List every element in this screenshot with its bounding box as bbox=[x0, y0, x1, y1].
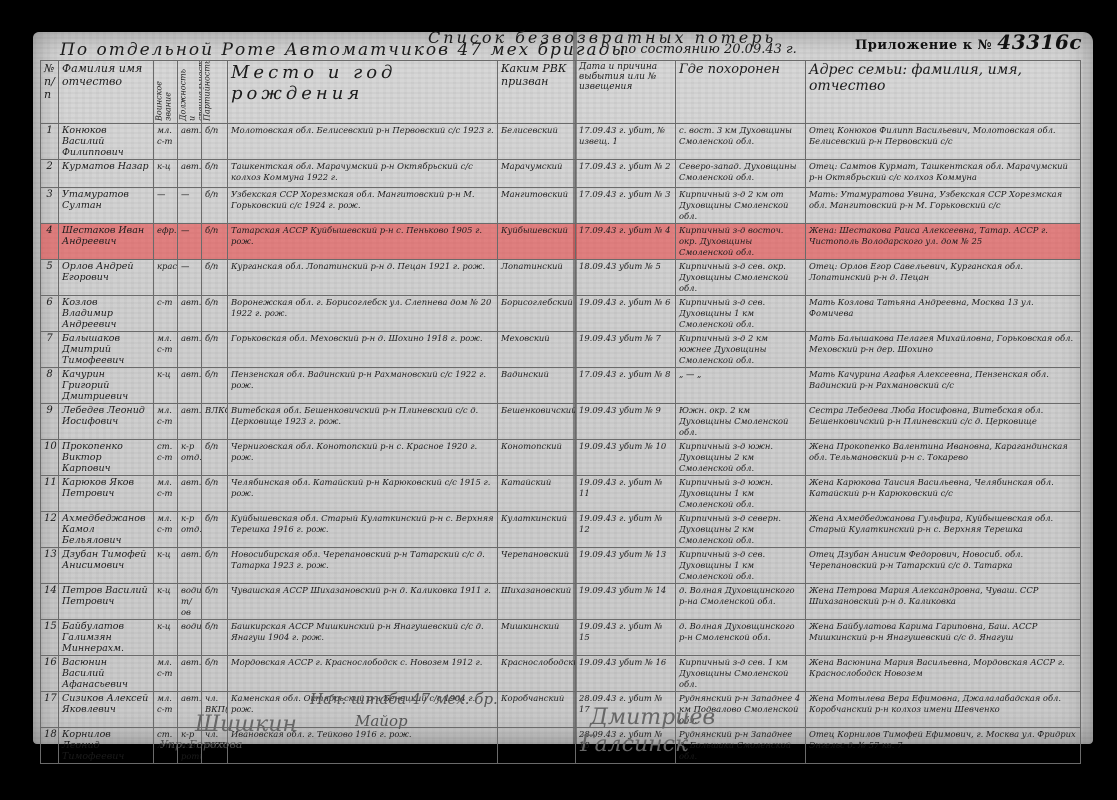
table-row: 2Курматов Назарк-цавт.б/пТашкентская обл… bbox=[41, 160, 1081, 188]
cell-rank: к-ц bbox=[154, 584, 178, 620]
cell-rvk: Марачумский bbox=[498, 160, 576, 188]
cell-birth: Куйбышевская обл. Старый Кулаткинский р-… bbox=[228, 512, 498, 548]
cell-buried: Кирпичный з-д 2 км южнее Духовщины Смоле… bbox=[676, 332, 806, 368]
cell-date: 19.09.43 г. убит № 12 bbox=[576, 512, 676, 548]
place-signature: Галсинск bbox=[580, 732, 688, 757]
chief-of-staff-label: Нач. штаба 47 мех. бр. bbox=[310, 690, 498, 708]
cell-buried: Кирпичный з-д северн. Духовщины 2 км Смо… bbox=[676, 512, 806, 548]
cell-position: к-р отд. bbox=[178, 512, 202, 548]
unit-title: По отдельной Роте Автоматчиков 47 мех бр… bbox=[60, 40, 627, 60]
cell-buried: Кирпичный з-д сев. 1 км Духовщины Смолен… bbox=[676, 656, 806, 692]
cell-buried: Кирпичный з-д южн. Духовщины 2 км Смолен… bbox=[676, 440, 806, 476]
cell-position: авт. bbox=[178, 332, 202, 368]
cell-no: 17 bbox=[41, 692, 59, 728]
cell-no: 8 bbox=[41, 368, 59, 404]
cell-no: 3 bbox=[41, 188, 59, 224]
cell-birth: Курганская обл. Лопатинский р-н д. Пецан… bbox=[228, 260, 498, 296]
cell-rvk: Вадинский bbox=[498, 368, 576, 404]
cell-rank: мл. с-т bbox=[154, 692, 178, 728]
cell-buried: Южн. окр. 2 км Духовщины Смоленской обл. bbox=[676, 404, 806, 440]
cell-rank: с-т bbox=[154, 296, 178, 332]
cell-rank: мл. с-т bbox=[154, 404, 178, 440]
cell-birth: Ташкентская обл. Марачумский р-н Октябрь… bbox=[228, 160, 498, 188]
table-row: 5Орлов Андрей Егоровичкрас.—б/пКурганска… bbox=[41, 260, 1081, 296]
cell-birth: Узбекская ССР Хорезмская обл. Мангитовск… bbox=[228, 188, 498, 224]
cell-name: Качурин Григорий Дмитриевич bbox=[59, 368, 154, 404]
cell-name: Петров Василий Петрович bbox=[59, 584, 154, 620]
cell-family: Жена Васюнина Мария Васильевна, Мордовск… bbox=[806, 656, 1081, 692]
table-row: 11Карюков Яков Петровичмл. с-тавт.б/пЧел… bbox=[41, 476, 1081, 512]
cell-name: Козлов Владимир Андреевич bbox=[59, 296, 154, 332]
cell-party: б/п bbox=[202, 548, 228, 584]
cell-rank: мл. с-т bbox=[154, 512, 178, 548]
cell-rvk: Лопатинский bbox=[498, 260, 576, 296]
cell-no: 10 bbox=[41, 440, 59, 476]
cell-family: Жена Петрова Мария Александровна, Чуваш.… bbox=[806, 584, 1081, 620]
cell-rvk: Борисоглебский bbox=[498, 296, 576, 332]
cell-party: б/п bbox=[202, 620, 228, 656]
cell-birth: Челябинская обл. Катайский р-н Карюковск… bbox=[228, 476, 498, 512]
cell-birth: Пензенская обл. Вадинский р-н Рахмановск… bbox=[228, 368, 498, 404]
cell-rank: к-ц bbox=[154, 368, 178, 404]
cell-buried: Северо-запад. Духовщины Смоленской обл. bbox=[676, 160, 806, 188]
cell-date: 17.09.43 г. убит № 4 bbox=[576, 224, 676, 260]
table-row: 7Балышаков Дмитрий Тимофеевичмл. с-тавт.… bbox=[41, 332, 1081, 368]
cell-position: авт. bbox=[178, 296, 202, 332]
table-row: 14Петров Василий Петровичк-цводит. т/овб… bbox=[41, 584, 1081, 620]
cell-no: 4 bbox=[41, 224, 59, 260]
note-left: Упр. Горохова bbox=[160, 738, 242, 751]
cell-rvk: Шихазановский bbox=[498, 584, 576, 620]
cell-rvk: Куйбышевский bbox=[498, 224, 576, 260]
cell-birth: Чувашская АССР Шихазановский р-н д. Кали… bbox=[228, 584, 498, 620]
cell-family: Мать Качурина Агафья Алексеевна, Пензенс… bbox=[806, 368, 1081, 404]
table-row: 15Байбулатов Галимзян Миннерахм.к-цводит… bbox=[41, 620, 1081, 656]
cell-birth: Новосибирская обл. Черепановский р-н Тат… bbox=[228, 548, 498, 584]
col-position: Должность и специальность bbox=[178, 61, 202, 124]
cell-rvk: Черепановский bbox=[498, 548, 576, 584]
cell-name: Шестаков Иван Андреевич bbox=[59, 224, 154, 260]
cell-rvk: Белисевский bbox=[498, 124, 576, 160]
cell-family: Жена: Шестакова Раиса Алексеевна, Татар.… bbox=[806, 224, 1081, 260]
cell-name: Карюков Яков Петрович bbox=[59, 476, 154, 512]
cell-rank: мл. с-т bbox=[154, 332, 178, 368]
cell-party: б/п bbox=[202, 160, 228, 188]
cell-no: 16 bbox=[41, 656, 59, 692]
cell-party: б/п bbox=[202, 656, 228, 692]
table-row: 13Дзубан Тимофей Анисимовичк-цавт.б/пНов… bbox=[41, 548, 1081, 584]
col-birth: Место и год рождения bbox=[228, 61, 498, 124]
cell-rank: к-ц bbox=[154, 160, 178, 188]
cell-buried: Кирпичный з-д сев. окр. Духовщины Смолен… bbox=[676, 260, 806, 296]
table-row: 3Утамуратов Султан——б/пУзбекская ССР Хор… bbox=[41, 188, 1081, 224]
cell-party: б/п bbox=[202, 296, 228, 332]
cell-date: 19.09.43 убит № 13 bbox=[576, 548, 676, 584]
cell-party: б/п bbox=[202, 124, 228, 160]
table-row: 6Козлов Владимир Андреевичс-тавт.б/пВоро… bbox=[41, 296, 1081, 332]
cell-no: 13 bbox=[41, 548, 59, 584]
cell-buried: Кирпичный з-д южн. Духовщины 1 км Смолен… bbox=[676, 476, 806, 512]
table-row: 16Васюнин Василий Афанасьевичмл. с-тавт.… bbox=[41, 656, 1081, 692]
status-date: по состоянию 20.09.43 г. bbox=[620, 42, 797, 57]
cell-birth: Витебская обл. Бешенковичский р-н Плинев… bbox=[228, 404, 498, 440]
cell-buried: „ — „ bbox=[676, 368, 806, 404]
cell-position: авт. bbox=[178, 656, 202, 692]
cell-buried: Кирпичный з-д сев. Духовщины 1 км Смолен… bbox=[676, 296, 806, 332]
cell-rvk: Мангитовский bbox=[498, 188, 576, 224]
attachment-label: Приложение к № 43316с bbox=[855, 30, 1082, 54]
cell-name: Орлов Андрей Егорович bbox=[59, 260, 154, 296]
cell-family: Отец: Самтов Курмат, Ташкентская обл. Ма… bbox=[806, 160, 1081, 188]
cell-party: б/п bbox=[202, 512, 228, 548]
cell-family: Жена Карюкова Таисия Васильевна, Челябин… bbox=[806, 476, 1081, 512]
cell-rvk: Коробчанский bbox=[498, 692, 576, 728]
cell-birth: Горьковская обл. Меховский р-н д. Шохино… bbox=[228, 332, 498, 368]
cell-date: 19.09.43 г. убит № 11 bbox=[576, 476, 676, 512]
cell-rank: к-ц bbox=[154, 548, 178, 584]
cell-name: Байбулатов Галимзян Миннерахм. bbox=[59, 620, 154, 656]
col-rvk: Каким РВК призван bbox=[498, 61, 576, 124]
cell-position: водит. bbox=[178, 620, 202, 656]
cell-name: Курматов Назар bbox=[59, 160, 154, 188]
cell-party: б/п bbox=[202, 440, 228, 476]
cell-position: к-р отд. bbox=[178, 440, 202, 476]
cell-party: б/п bbox=[202, 584, 228, 620]
cell-buried: д. Волная Духовщинского р-на Смоленской … bbox=[676, 584, 806, 620]
cell-name: Ахмедбеджанов Камол Бельялович bbox=[59, 512, 154, 548]
cell-date: 19.09.43 убит № 16 bbox=[576, 656, 676, 692]
cell-buried: д. Волная Духовщинского р-н Смоленской о… bbox=[676, 620, 806, 656]
cell-date: 19.09.43 убит № 9 bbox=[576, 404, 676, 440]
table-header: № п/п Фамилия имя отчество Воинское зван… bbox=[41, 61, 1081, 124]
cell-name: Конюков Василий Филиппович bbox=[59, 124, 154, 160]
cell-party: б/п bbox=[202, 368, 228, 404]
cell-date: 19.09.43 убит № 7 bbox=[576, 332, 676, 368]
col-name: Фамилия имя отчество bbox=[59, 61, 154, 124]
table-row: 1Конюков Василий Филипповичмл. с-тавт.б/… bbox=[41, 124, 1081, 160]
attachment-label-text: Приложение к № bbox=[855, 38, 992, 53]
cell-family: Отец Конюков Филипп Васильевич, Молотовс… bbox=[806, 124, 1081, 160]
cell-family: Сестра Лебедева Люба Иосифовна, Витебска… bbox=[806, 404, 1081, 440]
cell-rank: мл. с-т bbox=[154, 124, 178, 160]
cell-position: авт. bbox=[178, 160, 202, 188]
col-rank: Воинское звание bbox=[154, 61, 178, 124]
cell-name: Утамуратов Султан bbox=[59, 188, 154, 224]
cell-name: Корнилов Леонид Тимофеевич bbox=[59, 728, 154, 764]
cell-no: 14 bbox=[41, 584, 59, 620]
cell-family: Жена Байбулатова Карима Гариповна, Баш. … bbox=[806, 620, 1081, 656]
cell-date: 19.09.43 г. убит № 15 bbox=[576, 620, 676, 656]
cell-position: водит. т/ов bbox=[178, 584, 202, 620]
cell-position: авт. bbox=[178, 404, 202, 440]
cell-party: б/п bbox=[202, 476, 228, 512]
cell-party: б/п bbox=[202, 260, 228, 296]
cell-name: Балышаков Дмитрий Тимофеевич bbox=[59, 332, 154, 368]
cell-name: Дзубан Тимофей Анисимович bbox=[59, 548, 154, 584]
cell-date: 17.09.43 г. убит, № извещ. 1 bbox=[576, 124, 676, 160]
cell-family: Мать Козлова Татьяна Андреевна, Москва 1… bbox=[806, 296, 1081, 332]
cell-birth: Мордовская АССР г. Краснослободск с. Нов… bbox=[228, 656, 498, 692]
cell-no: 1 bbox=[41, 124, 59, 160]
cell-family: Отец Дзубан Анисим Федорович, Новосиб. о… bbox=[806, 548, 1081, 584]
cell-rank: ст. с-т bbox=[154, 440, 178, 476]
cell-family: Мать: Утамуратова Увина, Узбекская ССР Х… bbox=[806, 188, 1081, 224]
cell-date: 18.09.43 убит № 5 bbox=[576, 260, 676, 296]
cell-name: Лебедев Леонид Иосифович bbox=[59, 404, 154, 440]
cell-family: Жена Мотылева Вера Ефимовна, Джалалабадс… bbox=[806, 692, 1081, 728]
cell-no: 5 bbox=[41, 260, 59, 296]
cell-family: Жена Ахмедбеджанова Гульфира, Куйбышевск… bbox=[806, 512, 1081, 548]
cell-rvk: Бешенковичский bbox=[498, 404, 576, 440]
cell-party: б/п bbox=[202, 332, 228, 368]
table-row: 10Прокопенко Виктор Карповичст. с-тк-р о… bbox=[41, 440, 1081, 476]
table-row: 9Лебедев Леонид Иосифовичмл. с-тавт.ВЛКС… bbox=[41, 404, 1081, 440]
cell-rvk: Меховский bbox=[498, 332, 576, 368]
cell-name: Сизиков Алексей Яковлевич bbox=[59, 692, 154, 728]
col-buried: Где похоронен bbox=[676, 61, 806, 124]
cell-rank: крас. bbox=[154, 260, 178, 296]
cell-date: 17.09.43 г. убит № 2 bbox=[576, 160, 676, 188]
cell-buried: Кирпичный з-д сев. Духовщины 1 км Смолен… bbox=[676, 548, 806, 584]
cell-family: Отец: Орлов Егор Савельевич, Курганская … bbox=[806, 260, 1081, 296]
cell-no: 15 bbox=[41, 620, 59, 656]
cell-rank: ефр. bbox=[154, 224, 178, 260]
cell-party: б/п bbox=[202, 224, 228, 260]
cell-family: Мать Балышакова Пелагея Михайловна, Горь… bbox=[806, 332, 1081, 368]
cell-date: 19.09.43 г. убит № 6 bbox=[576, 296, 676, 332]
attachment-number: 43316с bbox=[997, 30, 1082, 54]
cell-position: авт. bbox=[178, 124, 202, 160]
cell-no: 6 bbox=[41, 296, 59, 332]
table-row: 12Ахмедбеджанов Камол Бельяловичмл. с-тк… bbox=[41, 512, 1081, 548]
cell-position: авт. bbox=[178, 548, 202, 584]
cell-buried: Руднянский р-н Западнее д. Большаки Смол… bbox=[676, 728, 806, 764]
cell-buried: Кирпичный з-д восточ. окр. Духовщины Смо… bbox=[676, 224, 806, 260]
cell-no: 11 bbox=[41, 476, 59, 512]
cell-party: б/п bbox=[202, 188, 228, 224]
cell-rvk: Катайский bbox=[498, 476, 576, 512]
cell-buried: с. вост. 3 км Духовщины Смоленской обл. bbox=[676, 124, 806, 160]
cell-rvk: Мишкинский bbox=[498, 620, 576, 656]
cell-position: авт. bbox=[178, 476, 202, 512]
signature-left: Шишкин bbox=[195, 712, 297, 737]
cell-rvk: Конотопский bbox=[498, 440, 576, 476]
col-party: Партийность bbox=[202, 61, 228, 124]
table-row: 8Качурин Григорий Дмитриевичк-цавт.б/пПе… bbox=[41, 368, 1081, 404]
cell-family: Отец Корнилов Тимофей Ефимович, г. Москв… bbox=[806, 728, 1081, 764]
cell-position: авт. bbox=[178, 368, 202, 404]
cell-no: 18 bbox=[41, 728, 59, 764]
cell-family: Жена Прокопенко Валентина Ивановна, Кара… bbox=[806, 440, 1081, 476]
cell-birth: Воронежская обл. г. Борисоглебск ул. Сле… bbox=[228, 296, 498, 332]
cell-rvk bbox=[498, 728, 576, 764]
cell-party: ВЛКСМ bbox=[202, 404, 228, 440]
cell-position: — bbox=[178, 224, 202, 260]
cell-birth: Татарская АССР Куйбышевский р-н с. Пеньк… bbox=[228, 224, 498, 260]
cell-birth: Черниговская обл. Конотопский р-н с. Кра… bbox=[228, 440, 498, 476]
cell-date: 19.09.43 убит № 14 bbox=[576, 584, 676, 620]
cell-rank: мл. с-т bbox=[154, 476, 178, 512]
rank-major: Майор bbox=[355, 712, 408, 730]
cell-name: Прокопенко Виктор Карпович bbox=[59, 440, 154, 476]
cell-position: — bbox=[178, 260, 202, 296]
cell-no: 9 bbox=[41, 404, 59, 440]
col-family: Адрес семьи: фамилия, имя, отчество bbox=[806, 61, 1081, 124]
losses-table: № п/п Фамилия имя отчество Воинское зван… bbox=[40, 60, 1081, 764]
cell-position: — bbox=[178, 188, 202, 224]
signature-right: Дмитриев bbox=[590, 705, 715, 730]
cell-no: 12 bbox=[41, 512, 59, 548]
cell-no: 2 bbox=[41, 160, 59, 188]
table-row: 4Шестаков Иван Андреевичефр.—б/пТатарска… bbox=[41, 224, 1081, 260]
cell-buried: Кирпичный з-д 2 км от Духовщины Смоленск… bbox=[676, 188, 806, 224]
col-no: № п/п bbox=[41, 61, 59, 124]
cell-date: 17.09.43 г. убит № 8 bbox=[576, 368, 676, 404]
cell-birth: Башкирская АССР Мишкинский р-н Янагушевс… bbox=[228, 620, 498, 656]
cell-rvk: Кулаткинский bbox=[498, 512, 576, 548]
cell-date: 19.09.43 убит № 10 bbox=[576, 440, 676, 476]
cell-birth: Молотовская обл. Белисевский р-н Первовс… bbox=[228, 124, 498, 160]
cell-no: 7 bbox=[41, 332, 59, 368]
col-date: Дата и причина выбытия или № извещения bbox=[576, 61, 676, 124]
cell-rank: мл. с-т bbox=[154, 656, 178, 692]
cell-rank: к-ц bbox=[154, 620, 178, 656]
cell-rank: — bbox=[154, 188, 178, 224]
cell-rvk: Краснослободский bbox=[498, 656, 576, 692]
cell-name: Васюнин Василий Афанасьевич bbox=[59, 656, 154, 692]
cell-date: 17.09.43 г. убит № 3 bbox=[576, 188, 676, 224]
